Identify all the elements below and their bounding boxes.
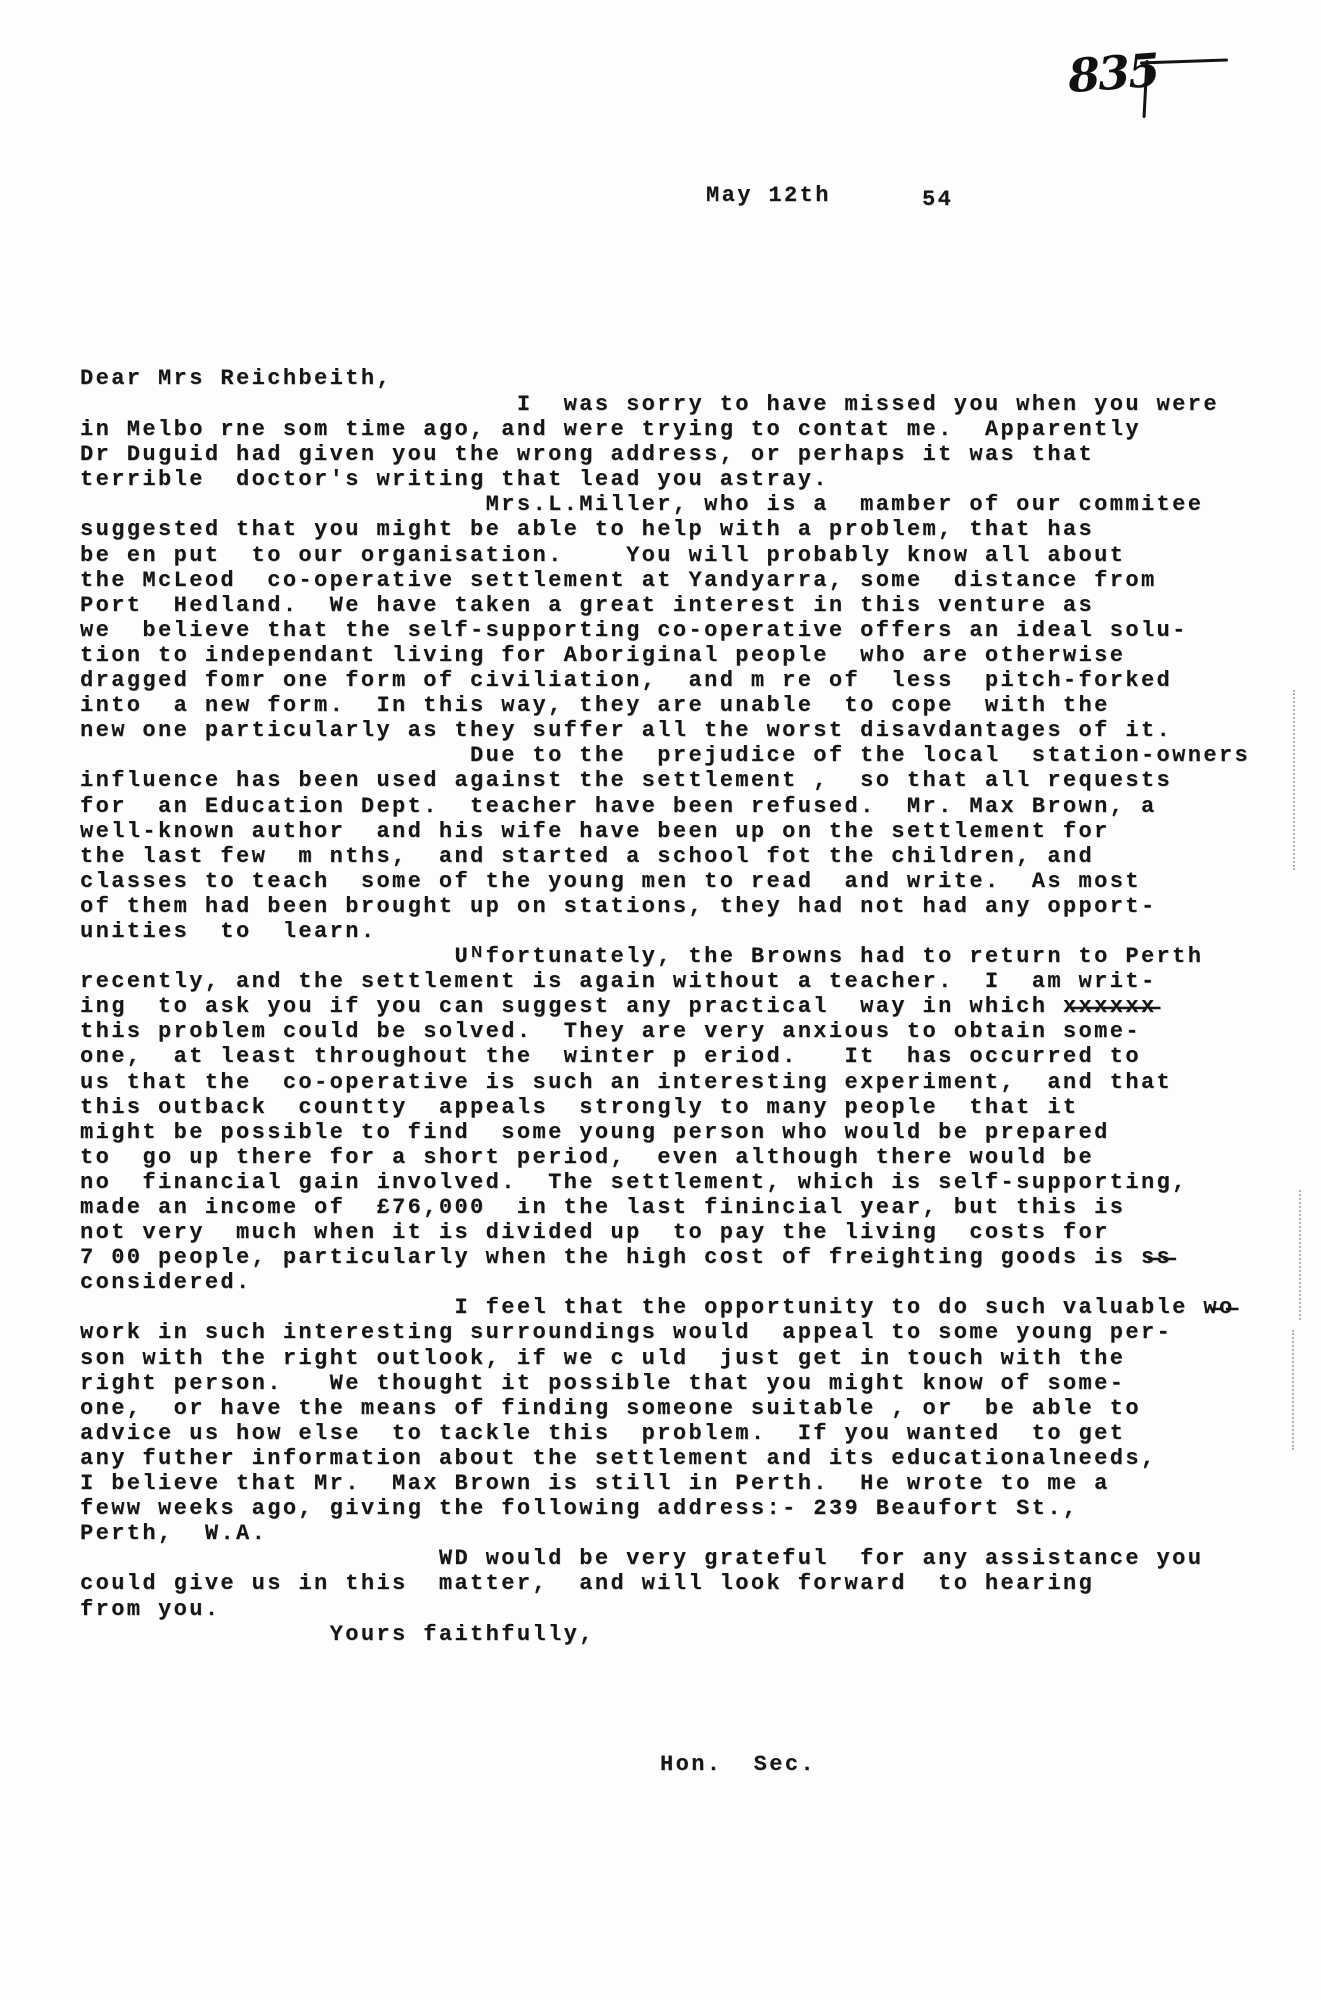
letter-line: not very much when it is divided up to p…	[80, 1220, 1250, 1245]
letter-line: classes to teach some of the young men t…	[80, 869, 1250, 894]
scan-artifact	[1297, 1190, 1301, 1320]
letter-line: Perth, W.A.	[80, 1521, 1250, 1546]
letter-line: recently, and the settlement is again wi…	[80, 969, 1250, 994]
letter-date: May 12th	[706, 183, 831, 208]
letter-line: suggested that you might be able to help…	[80, 517, 1250, 542]
salutation: Dear Mrs Reichbeith,	[80, 366, 392, 391]
letter-line: this outback countty appeals strongly to…	[80, 1095, 1250, 1120]
letter-line: Port Hedland. We have taken a great inte…	[80, 593, 1250, 618]
letter-line: we believe that the self-supporting co-o…	[80, 618, 1250, 643]
letter-line: to go up there for a short period, even …	[80, 1145, 1250, 1170]
letter-line: the McLeod co-operative settlement at Ya…	[80, 568, 1250, 593]
page-number: 54	[922, 187, 953, 212]
letter-line: the last few m nths, and started a schoo…	[80, 844, 1250, 869]
letter-line: 7 00 people, particularly when the high …	[80, 1245, 1250, 1270]
scan-artifact	[1291, 690, 1295, 870]
letter-line: of them had been brought up on stations,…	[80, 894, 1250, 919]
letter-line: I feel that the opportunity to do such v…	[80, 1295, 1250, 1320]
letter-body: I was sorry to have missed you when you …	[80, 392, 1250, 1647]
signature-title: Hon. Sec.	[660, 1752, 816, 1777]
letter-line: one, or have the means of finding someon…	[80, 1396, 1250, 1421]
letter-line: Uᴺfortunately, the Browns had to return …	[80, 944, 1250, 969]
letter-line: could give us in this matter, and will l…	[80, 1571, 1250, 1596]
letter-line: for an Education Dept. teacher have been…	[80, 794, 1250, 819]
handwritten-page-annotation: 835	[1068, 40, 1258, 140]
letter-line: feww weeks ago, giving the following add…	[80, 1496, 1250, 1521]
letter-line: Dr Duguid had given you the wrong addres…	[80, 442, 1250, 467]
letter-line: terrible doctor's writing that lead you …	[80, 467, 1250, 492]
letter-line: made an income of £76,000 in the last fi…	[80, 1195, 1250, 1220]
letter-line: right person. We thought it possible tha…	[80, 1371, 1250, 1396]
letter-line: dragged fomr one form of civiliation, an…	[80, 668, 1250, 693]
letter-line: work in such interesting surroundings wo…	[80, 1320, 1250, 1345]
letter-line: Mrs.L.Miller, who is a mamber of our com…	[80, 492, 1250, 517]
letter-line: well-known author and his wife have been…	[80, 819, 1250, 844]
letter-line: Yours faithfully,	[80, 1622, 1250, 1647]
letter-line: this problem could be solved. They are v…	[80, 1019, 1250, 1044]
letter-line: in Melbo rne som time ago, and were tryi…	[80, 417, 1250, 442]
letter-line: into a new form. In this way, they are u…	[80, 693, 1250, 718]
letter-line: new one particularly as they suffer all …	[80, 718, 1250, 743]
letter-line: ing to ask you if you can suggest any pr…	[80, 994, 1250, 1019]
letter-line: us that the co-operative is such an inte…	[80, 1070, 1250, 1095]
letter-line: advice us how else to tackle this proble…	[80, 1421, 1250, 1446]
letter-line: Due to the prejudice of the local statio…	[80, 743, 1250, 768]
letter-line: I believe that Mr. Max Brown is still in…	[80, 1471, 1250, 1496]
letter-line: might be possible to find some young per…	[80, 1120, 1250, 1145]
letter-line: no financial gain involved. The settleme…	[80, 1170, 1250, 1195]
letter-line: from you.	[80, 1597, 1250, 1622]
letter-line: any futher information about the settlem…	[80, 1446, 1250, 1471]
letter-line: I was sorry to have missed you when you …	[80, 392, 1250, 417]
letter-line: influence has been used against the sett…	[80, 768, 1250, 793]
letter-line: son with the right outlook, if we c uld …	[80, 1346, 1250, 1371]
letter-line: one, at least throughout the winter p er…	[80, 1044, 1250, 1069]
letter-line: tion to independant living for Aborigina…	[80, 643, 1250, 668]
letter-line: considered.	[80, 1270, 1250, 1295]
scan-artifact	[1290, 1330, 1294, 1450]
letter-line: be en put to our organisation. You will …	[80, 543, 1250, 568]
scanned-letter-page: 835 May 12th 54 Dear Mrs Reichbeith, I w…	[0, 0, 1321, 2000]
letter-line: WD would be very grateful for any assist…	[80, 1546, 1250, 1571]
letter-line: unities to learn.	[80, 919, 1250, 944]
